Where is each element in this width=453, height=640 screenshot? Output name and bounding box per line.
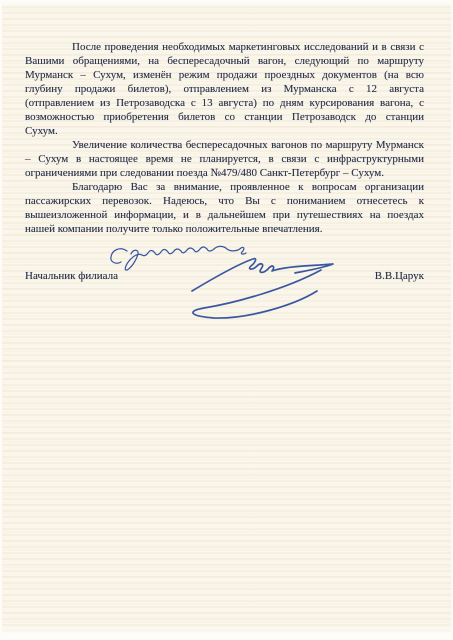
letter-line: возможностью приобретения билетов со ста…: [25, 110, 424, 124]
letter-line: – Сухум в настоящее время не планируется…: [25, 152, 424, 166]
letter-line: После проведения необходимых маркетингов…: [25, 40, 424, 54]
letter-body: После проведения необходимых маркетингов…: [25, 40, 424, 236]
signature-row: Начальник филиала В.В.Царук: [25, 269, 424, 283]
letter-line: Сухум.: [25, 124, 424, 138]
letter-line: пассажирских перевозок. Надеюсь, что Вы …: [25, 194, 424, 208]
letter-line: (отправлением из Петрозаводска с 13 авгу…: [25, 96, 424, 110]
letter-line: Благодарю Вас за внимание, проявленное к…: [25, 180, 424, 194]
letter-line: Мурманск – Сухум, изменён режим продажи …: [25, 68, 424, 82]
letter-line: глубину продажи билетов), отправлением и…: [25, 82, 424, 96]
signer-title: Начальник филиала: [25, 269, 118, 283]
letter-line: вышеизложенной информации, и в дальнейше…: [25, 208, 424, 222]
letter-line: Увеличение количества беспересадочных ва…: [25, 138, 424, 152]
scanned-letter-page: После проведения необходимых маркетингов…: [0, 0, 453, 640]
letter-line: нашей компании получите только положител…: [25, 222, 424, 236]
letter-line: Вашими обращениями, на беспересадочный в…: [25, 54, 424, 68]
signer-name: В.В.Царук: [375, 269, 424, 283]
letter-line: ограничениями при следовании поезда №479…: [25, 166, 424, 180]
